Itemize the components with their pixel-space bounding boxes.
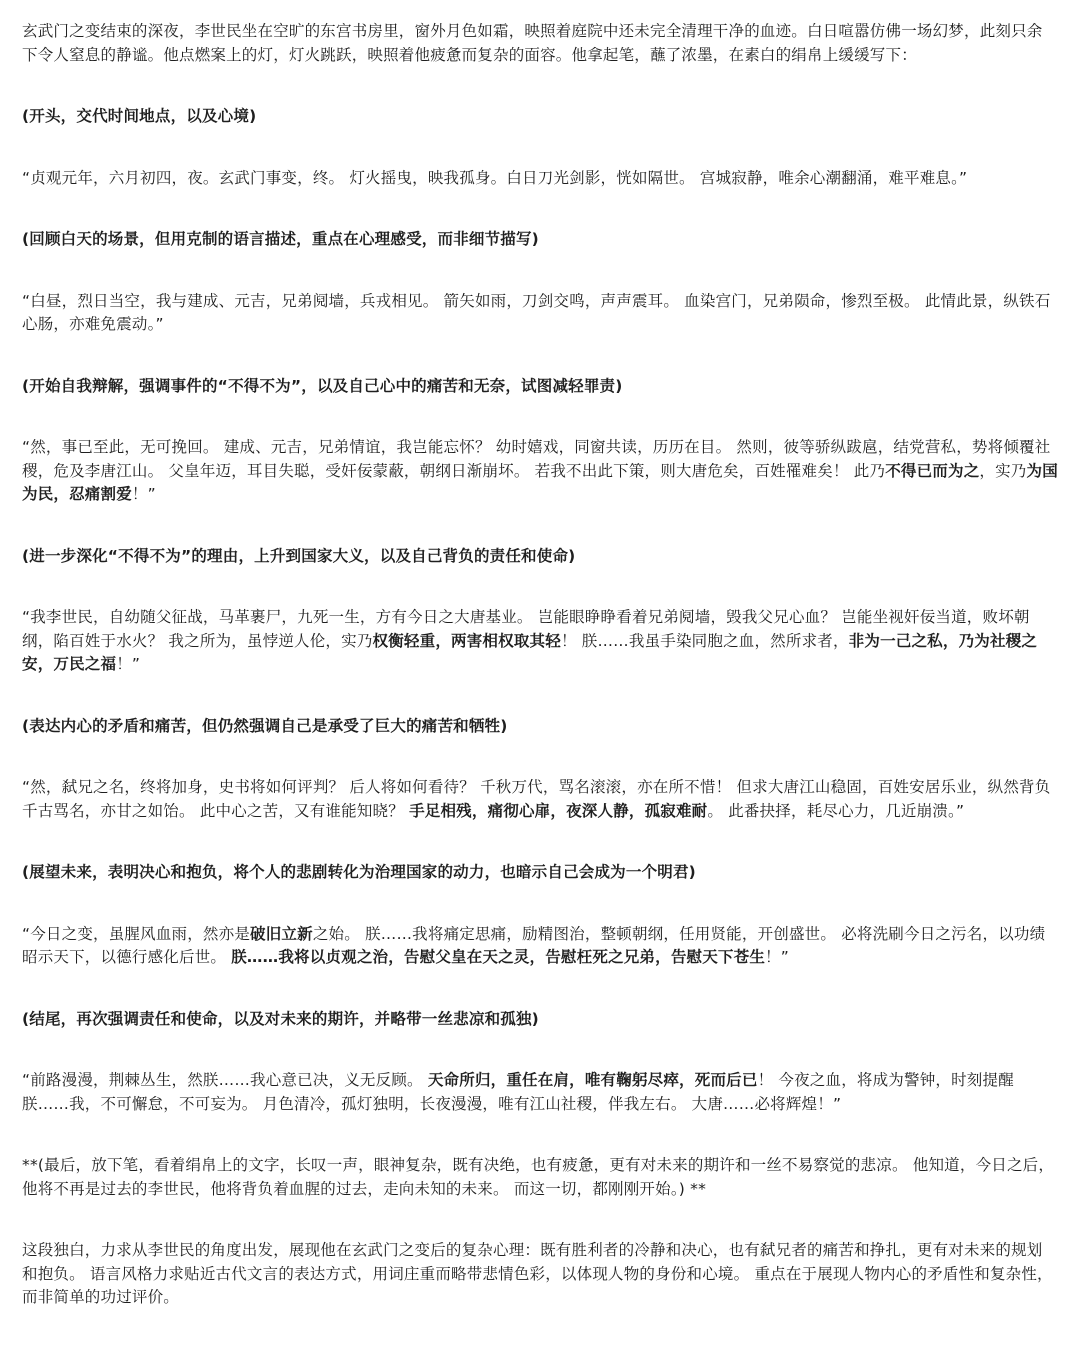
intro-paragraph: 玄武门之变结束的深夜，李世民坐在空旷的东宫书房里，窗外月色如霜，映照着庭院中还未… <box>22 20 1058 67</box>
section-heading: (结尾，再次强调责任和使命，以及对未来的期许，并略带一丝悲凉和孤独) <box>22 1008 1058 1032</box>
monologue-paragraph: “然，弑兄之名，终将加身，史书将如何评判？ 后人将如何看待？ 千秋万代，骂名滚滚… <box>22 776 1058 823</box>
monologue-paragraph: “今日之变，虽腥风血雨，然亦是破旧立新之始。 朕……我将痛定思痛，励精图治，整顿… <box>22 923 1058 970</box>
emphasis-text: 权衡轻重，两害相权取其轻 <box>373 632 561 650</box>
section-heading: (进一步深化“不得不为”的理由，上升到国家大义，以及自己背负的责任和使命) <box>22 545 1058 569</box>
section-heading: (回顾白天的场景，但用克制的语言描述，重点在心理感受，而非细节描写) <box>22 228 1058 252</box>
monologue-paragraph: “前路漫漫，荆棘丛生，然朕……我心意已决，义无反顾。 天命所归，重任在肩，唯有鞠… <box>22 1069 1058 1116</box>
monologue-paragraph: “白昼，烈日当空，我与建成、元吉，兄弟阋墙，兵戎相见。 箭矢如雨，刀剑交鸣，声声… <box>22 290 1058 337</box>
monologue-paragraph: “我李世民，自幼随父征战，马革裹尸，九死一生，方有今日之大唐基业。 岂能眼睁睁看… <box>22 606 1058 677</box>
summary-paragraph: 这段独白，力求从李世民的角度出发，展现他在玄武门之变后的复杂心理：既有胜利者的冷… <box>22 1239 1058 1310</box>
emphasis-text: 朕……我将以贞观之治，告慰父皇在天之灵，告慰枉死之兄弟，告慰天下苍生 <box>231 948 765 966</box>
monologue-paragraph: “贞观元年，六月初四，夜。玄武门事变，终。 灯火摇曳，映我孤身。白日刀光剑影，恍… <box>22 167 1058 191</box>
section-heading: (表达内心的矛盾和痛苦，但仍然强调自己是承受了巨大的痛苦和牺牲) <box>22 715 1058 739</box>
section-heading: (展望未来，表明决心和抱负，将个人的悲剧转化为治理国家的动力，也暗示自己会成为一… <box>22 861 1058 885</box>
section-heading: (开头，交代时间地点，以及心境) <box>22 105 1058 129</box>
emphasis-text: 破旧立新 <box>250 925 313 943</box>
monologue-paragraph: “然，事已至此，无可挽回。 建成、元吉，兄弟情谊，我岂能忘怀？ 幼时嬉戏，同窗共… <box>22 436 1058 507</box>
emphasis-text: 天命所归，重任在肩，唯有鞠躬尽瘁，死而后已 <box>428 1071 758 1089</box>
epilogue-paragraph: **(最后，放下笔，看着绢帛上的文字，长叹一声，眼神复杂，既有决绝，也有疲惫，更… <box>22 1154 1058 1201</box>
section-heading: (开始自我辩解，强调事件的“不得不为”，以及自己心中的痛苦和无奈，试图减轻罪责) <box>22 375 1058 399</box>
document-body: 玄武门之变结束的深夜，李世民坐在空旷的东宫书房里，窗外月色如霜，映照着庭院中还未… <box>0 0 1080 1310</box>
emphasis-text: 不得已而为之 <box>885 462 979 480</box>
emphasis-text: 手足相残，痛彻心扉，夜深人静，孤寂难耐 <box>409 802 707 820</box>
